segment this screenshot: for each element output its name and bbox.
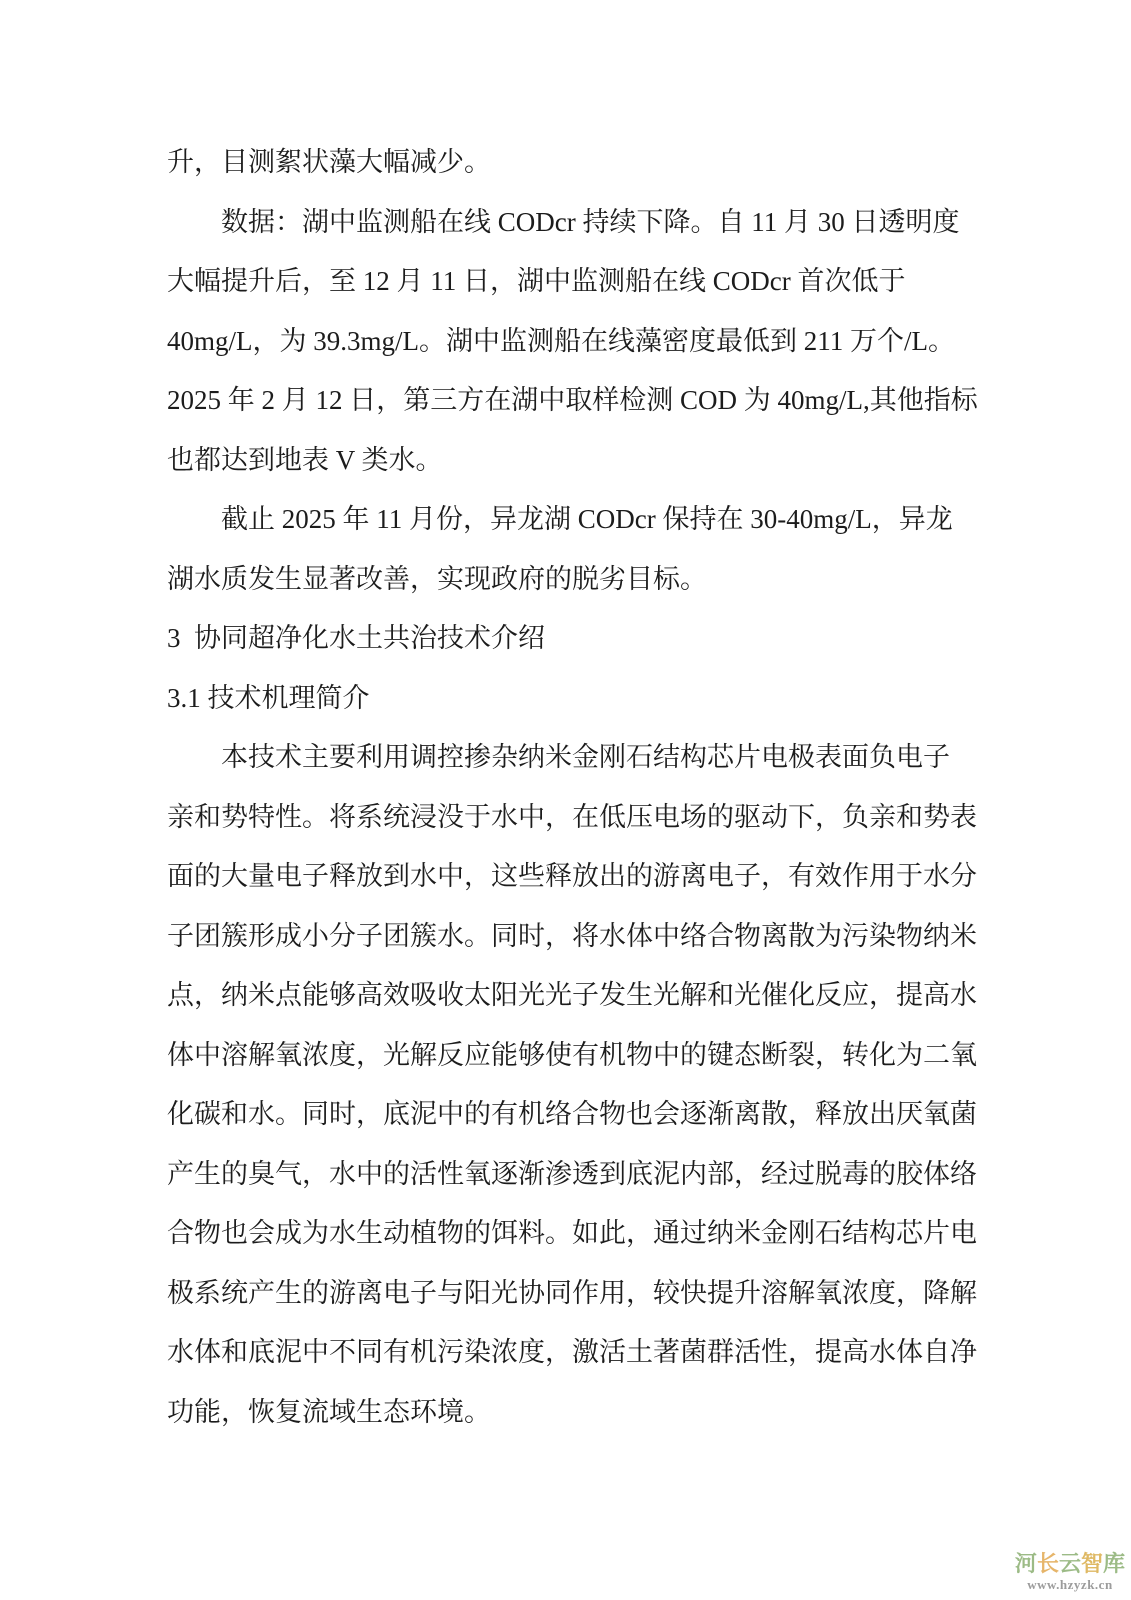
text-line: 产生的臭气，水中的活性氧逐渐渗透到底泥内部，经过脱毒的胶体络 [167, 1145, 977, 1205]
text-line: 3.1 技术机理简介 [167, 669, 977, 729]
document-page: 升，目测絮状藻大幅减少。数据：湖中监测船在线 CODcr 持续下降。自 11 月… [0, 0, 1131, 1600]
text-line: 湖水质发生显著改善，实现政府的脱劣目标。 [167, 550, 977, 610]
body-paragraph: 截止 2025 年 11 月份，异龙湖 CODcr 保持在 30-40mg/L，… [167, 490, 977, 609]
text-line: 3 协同超净化水土共治技术介绍 [167, 609, 977, 669]
watermark-title: 河长云智库 [1015, 1553, 1125, 1575]
text-line: 功能，恢复流域生态环境。 [167, 1383, 977, 1443]
heading-paragraph: 3 协同超净化水土共治技术介绍 [167, 609, 977, 669]
text-line: 也都达到地表 V 类水。 [167, 431, 977, 491]
text-line: 子团簇形成小分子团簇水。同时，将水体中络合物离散为污染物纳米 [167, 907, 977, 967]
watermark-title-char: 河 [1015, 1551, 1037, 1576]
text-line: 点，纳米点能够高效吸收太阳光光子发生光解和光催化反应，提高水 [167, 966, 977, 1026]
watermark-url: www.hzyzk.cn [1015, 1577, 1125, 1592]
text-line: 化碳和水。同时，底泥中的有机络合物也会逐渐离散，释放出厌氧菌 [167, 1085, 977, 1145]
watermark: 河长云智库 www.hzyzk.cn [1015, 1553, 1125, 1592]
text-line: 数据：湖中监测船在线 CODcr 持续下降。自 11 月 30 日透明度 [167, 193, 977, 253]
text-line: 合物也会成为水生动植物的饵料。如此，通过纳米金刚石结构芯片电 [167, 1204, 977, 1264]
body-paragraph: 数据：湖中监测船在线 CODcr 持续下降。自 11 月 30 日透明度大幅提升… [167, 193, 977, 491]
body-paragraph: 升，目测絮状藻大幅减少。 [167, 133, 977, 193]
text-line: 水体和底泥中不同有机污染浓度，激活土著菌群活性，提高水体自净 [167, 1323, 977, 1383]
text-line: 截止 2025 年 11 月份，异龙湖 CODcr 保持在 30-40mg/L，… [167, 490, 977, 550]
text-line: 面的大量电子释放到水中，这些释放出的游离电子，有效作用于水分 [167, 847, 977, 907]
heading-paragraph: 3.1 技术机理简介 [167, 669, 977, 729]
watermark-title-char: 长 [1037, 1551, 1059, 1576]
watermark-title-char: 云 [1059, 1551, 1081, 1576]
watermark-title-char: 库 [1103, 1551, 1125, 1576]
text-line: 2025 年 2 月 12 日，第三方在湖中取样检测 COD 为 40mg/L,… [167, 371, 977, 431]
text-line: 本技术主要利用调控掺杂纳米金刚石结构芯片电极表面负电子 [167, 728, 977, 788]
text-line: 大幅提升后，至 12 月 11 日，湖中监测船在线 CODcr 首次低于 [167, 252, 977, 312]
text-line: 升，目测絮状藻大幅减少。 [167, 133, 977, 193]
text-line: 40mg/L，为 39.3mg/L。湖中监测船在线藻密度最低到 211 万个/L… [167, 312, 977, 372]
text-line: 极系统产生的游离电子与阳光协同作用，较快提升溶解氧浓度，降解 [167, 1264, 977, 1324]
watermark-title-char: 智 [1081, 1551, 1103, 1576]
text-line: 体中溶解氧浓度，光解反应能够使有机物中的键态断裂，转化为二氧 [167, 1026, 977, 1086]
document-body: 升，目测絮状藻大幅减少。数据：湖中监测船在线 CODcr 持续下降。自 11 月… [167, 133, 977, 1442]
body-paragraph: 本技术主要利用调控掺杂纳米金刚石结构芯片电极表面负电子亲和势特性。将系统浸没于水… [167, 728, 977, 1442]
text-line: 亲和势特性。将系统浸没于水中，在低压电场的驱动下，负亲和势表 [167, 788, 977, 848]
